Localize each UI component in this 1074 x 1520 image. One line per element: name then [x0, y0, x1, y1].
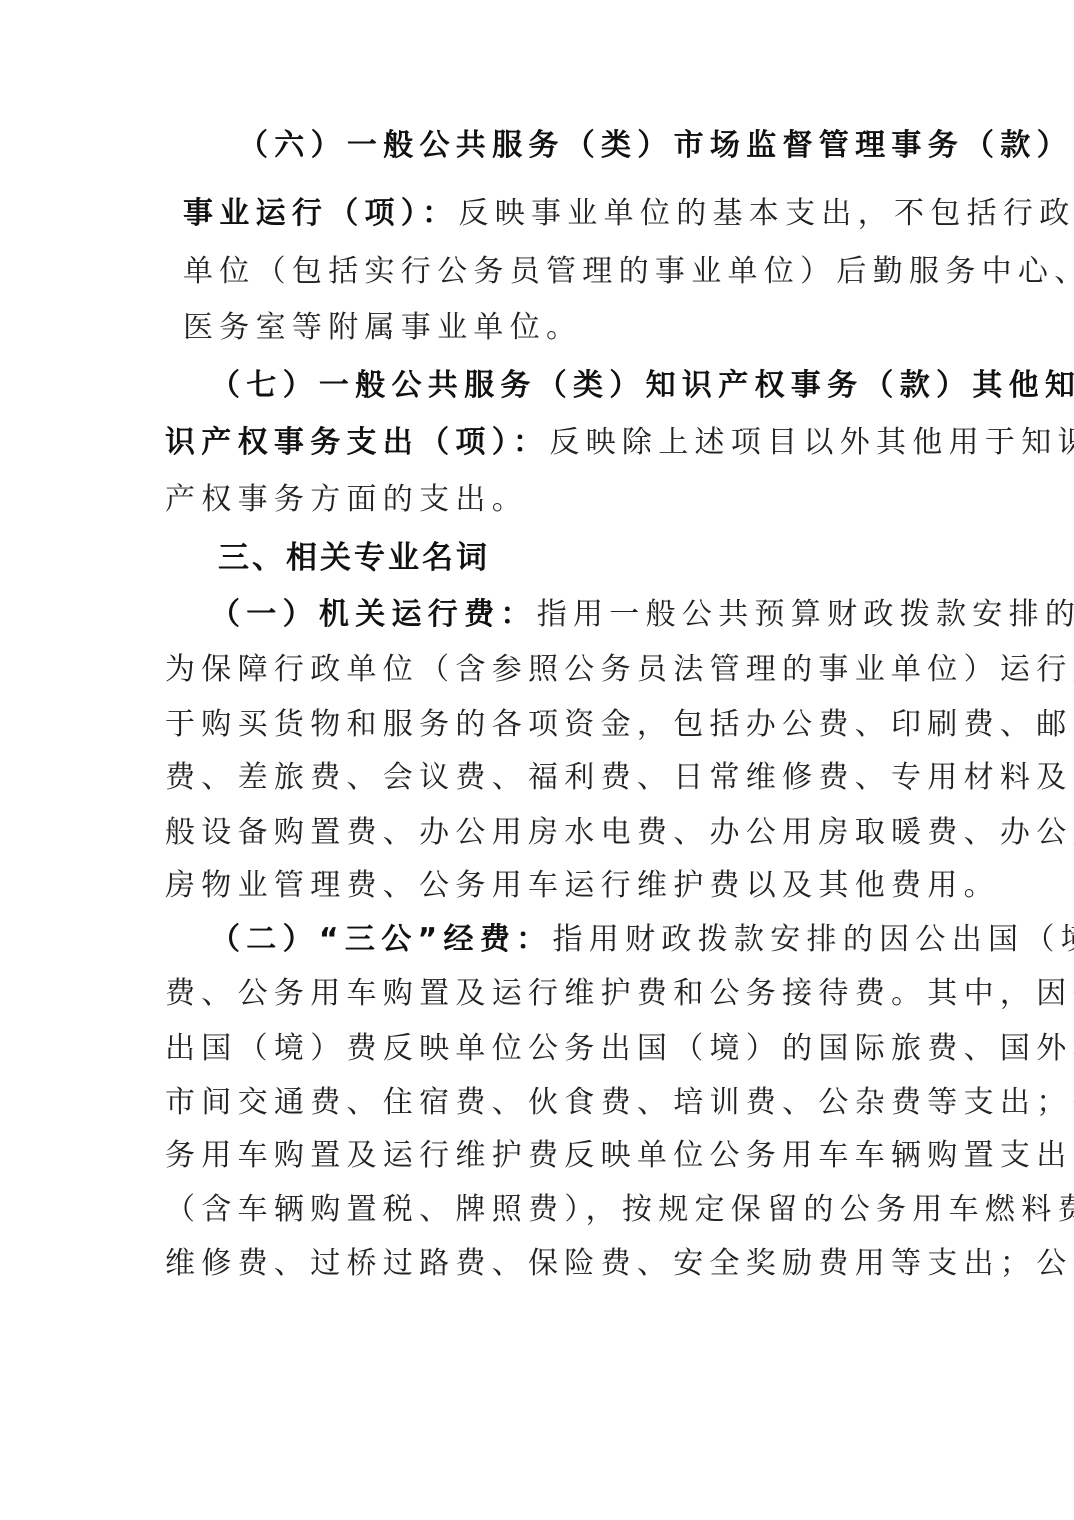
paragraph-7-line-3: 产权事务方面的支出。 [165, 482, 528, 518]
term-title: （一）机关运行费： [210, 597, 537, 632]
term-title: （二）“三公”经费： [210, 922, 552, 957]
term-text: 指用财政拨款安排的因公出国（境） [552, 922, 1074, 957]
term-2-line-4: 市间交通费、住宿费、伙食费、培训费、公杂费等支出；公 [165, 1085, 1074, 1121]
item-text: 反映除上述项目以外其他用于知识 [549, 425, 1074, 460]
term-text: 为保障行政单位（含参照公务员法管理的事业单位）运行用 [165, 652, 1074, 687]
term-1-line-5: 般设备购置费、办公用房水电费、办公用房取暖费、办公用 [165, 815, 1074, 851]
paragraph-6-line-4: 医务室等附属事业单位。 [183, 310, 582, 346]
term-2-line-3: 出国（境）费反映单位公务出国（境）的国际旅费、国外城 [165, 1031, 1074, 1067]
item-text: 单位（包括实行公务员管理的事业单位）后勤服务中心、 [183, 254, 1074, 289]
paragraph-7-line-2: 识产权事务支出（项）：反映除上述项目以外其他用于知识 [165, 425, 1074, 461]
term-text: 出国（境）费反映单位公务出国（境）的国际旅费、国外城 [165, 1031, 1074, 1066]
item-text: 产权事务方面的支出。 [165, 482, 528, 517]
term-1-line-1: （一）机关运行费：指用一般公共预算财政拨款安排的 [210, 597, 1074, 633]
term-2-line-5: 务用车购置及运行维护费反映单位公务用车车辆购置支出 [165, 1138, 1073, 1174]
item-text: 反映事业单位的基本支出，不包括行政 [458, 196, 1074, 231]
item-title: 识产权事务支出（项）： [165, 425, 549, 460]
term-2-line-1: （二）“三公”经费：指用财政拨款安排的因公出国（境） [210, 922, 1074, 958]
term-1-line-3: 于购买货物和服务的各项资金，包括办公费、印刷费、邮电 [165, 707, 1074, 743]
term-text: 市间交通费、住宿费、伙食费、培训费、公杂费等支出；公 [165, 1085, 1074, 1120]
term-text: 费、差旅费、会议费、福利费、日常维修费、专用材料及一 [165, 760, 1074, 795]
term-text: 费、公务用车购置及运行维护费和公务接待费。其中，因公 [165, 976, 1074, 1011]
item-text: 医务室等附属事业单位。 [183, 310, 582, 345]
term-2-line-2: 费、公务用车购置及运行维护费和公务接待费。其中，因公 [165, 976, 1074, 1012]
term-text: 房物业管理费、公务用车运行维护费以及其他费用。 [165, 868, 1000, 903]
item-title: （七）一般公共服务（类）知识产权事务（款）其他知 [210, 368, 1074, 403]
term-2-line-7: 维修费、过桥过路费、保险费、安全奖励费用等支出；公务 [165, 1246, 1074, 1282]
paragraph-6-line-2: 事业运行（项）：反映事业单位的基本支出，不包括行政 [183, 196, 1074, 232]
paragraph-6-line-3: 单位（包括实行公务员管理的事业单位）后勤服务中心、 [183, 254, 1074, 290]
term-text: 般设备购置费、办公用房水电费、办公用房取暖费、办公用 [165, 815, 1074, 850]
item-title: 事业运行（项）： [183, 196, 458, 231]
term-1-line-6: 房物业管理费、公务用车运行维护费以及其他费用。 [165, 868, 1000, 904]
term-text: 于购买货物和服务的各项资金，包括办公费、印刷费、邮电 [165, 707, 1074, 742]
paragraph-7-line-1: （七）一般公共服务（类）知识产权事务（款）其他知 [210, 368, 1074, 404]
term-text: （含车辆购置税、牌照费），按规定保留的公务用车燃料费、 [165, 1192, 1074, 1227]
term-text: 务用车购置及运行维护费反映单位公务用车车辆购置支出 [165, 1138, 1073, 1173]
paragraph-6-line-1: （六）一般公共服务（类）市场监督管理事务（款） [238, 128, 1073, 164]
term-1-line-4: 费、差旅费、会议费、福利费、日常维修费、专用材料及一 [165, 760, 1074, 796]
term-text: 指用一般公共预算财政拨款安排的 [537, 597, 1074, 632]
item-title: （六）一般公共服务（类）市场监督管理事务（款） [238, 128, 1073, 163]
term-1-line-2: 为保障行政单位（含参照公务员法管理的事业单位）运行用 [165, 652, 1074, 688]
section-heading: 三、相关专业名词 [218, 540, 490, 576]
term-2-line-6: （含车辆购置税、牌照费），按规定保留的公务用车燃料费、 [165, 1192, 1074, 1228]
term-text: 维修费、过桥过路费、保险费、安全奖励费用等支出；公务 [165, 1246, 1074, 1281]
document-page: （六）一般公共服务（类）市场监督管理事务（款） 事业运行（项）：反映事业单位的基… [0, 0, 1074, 1520]
